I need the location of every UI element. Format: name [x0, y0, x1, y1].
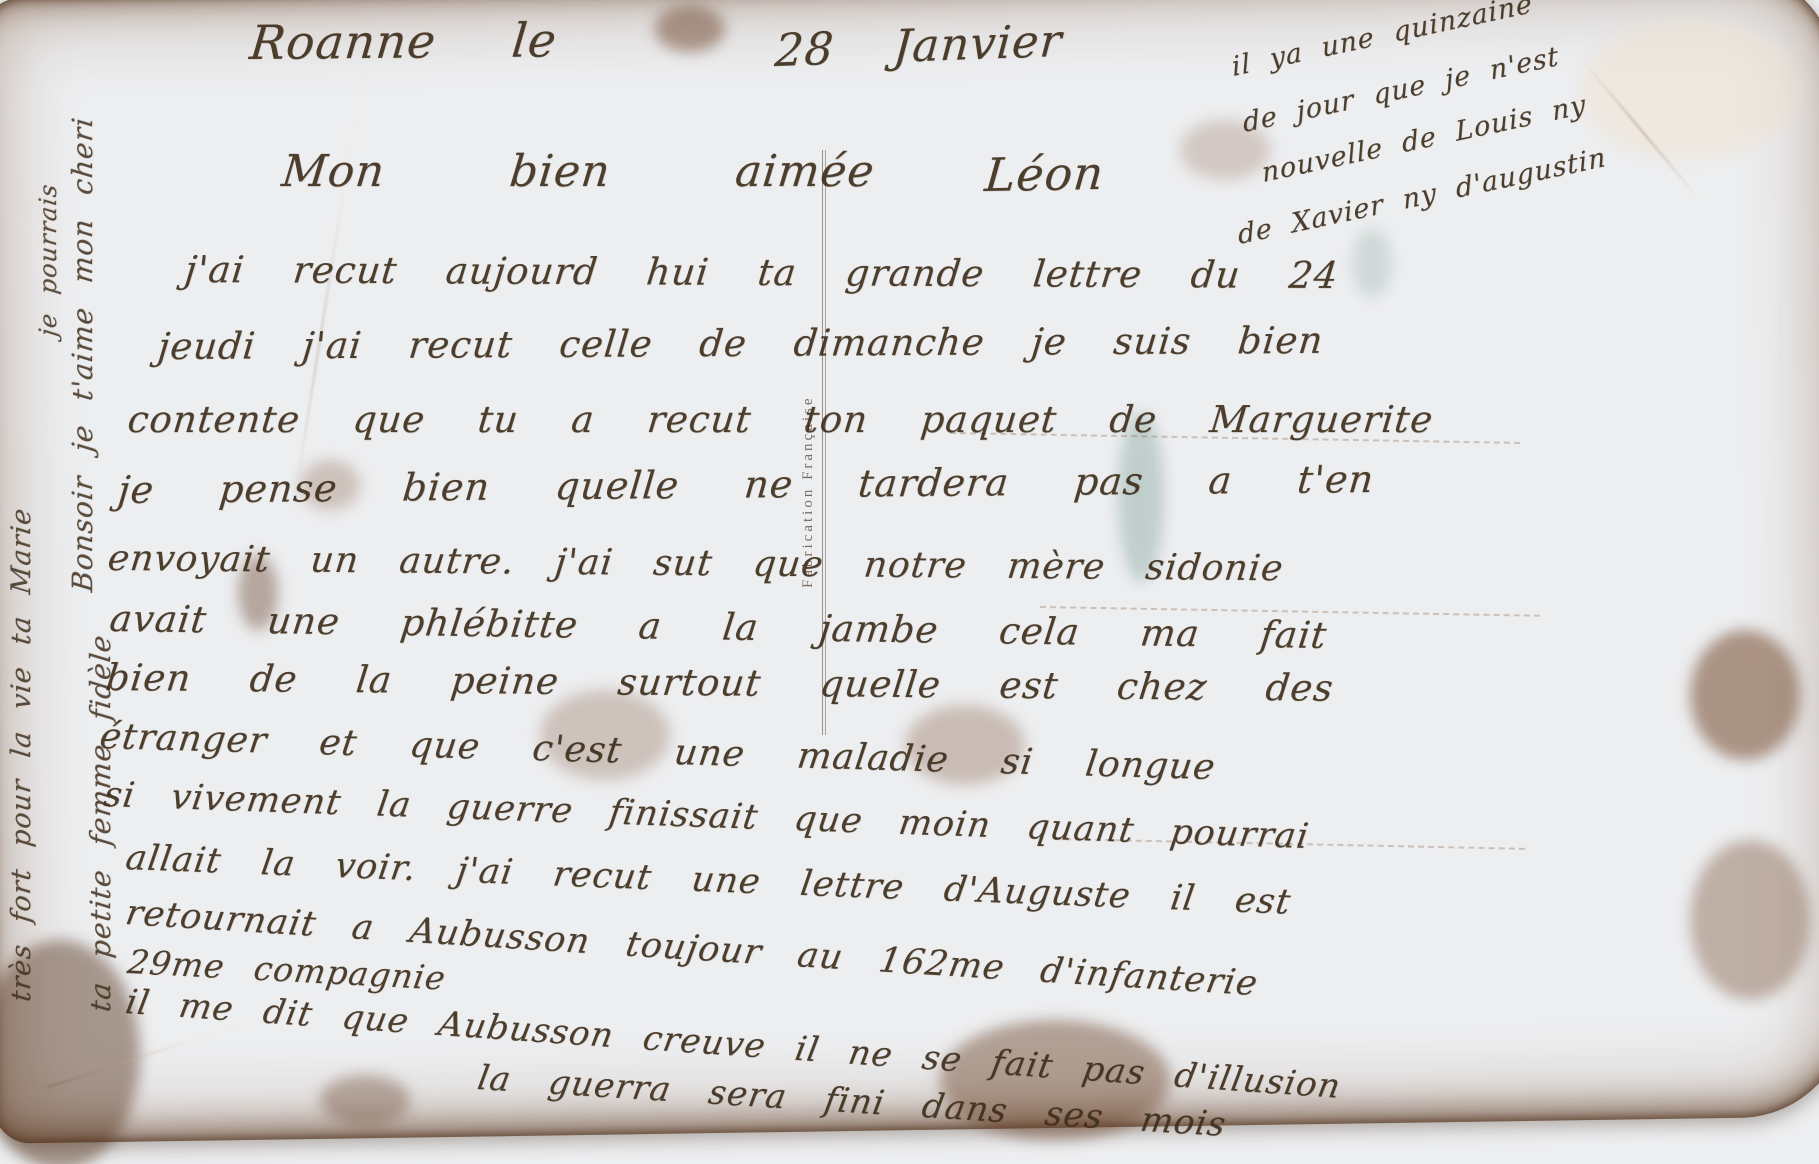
- handwritten-letter: Roanne le 28 Janvier il ya une quinzaine…: [0, 0, 1819, 1164]
- margin-note-line: Bonsoir je t'aime mon cheri: [66, 115, 99, 593]
- body-line: jeudi j'ai recut celle de dimanche je su…: [156, 319, 1326, 368]
- dateline-date: 28 Janvier: [773, 14, 1064, 77]
- body-line: j'ai recut aujourd hui ta grande lettre …: [183, 248, 1341, 297]
- dateline-place: Roanne le: [247, 13, 559, 71]
- margin-note-line: très fort pour la vie ta Marie: [6, 506, 37, 1003]
- scanned-photo: Fabrication Française Roanne le 28 Janvi…: [0, 0, 1819, 1164]
- salutation: Mon bien aimée: [279, 146, 877, 197]
- body-line: étranger et que c'est une maladie si lon…: [97, 716, 1218, 788]
- body-line: je pense bien quelle ne tardera pas a t'…: [116, 457, 1376, 512]
- body-line: contente que tu a recut ton paquet de Ma…: [126, 398, 1436, 441]
- margin-note-line: je pourrais: [34, 182, 62, 338]
- salutation-name: Léon: [983, 146, 1107, 202]
- body-line: avait une phlébitte a la jambe cela ma f…: [107, 597, 1329, 657]
- margin-note-line: ta petite femme fidèle: [84, 633, 117, 1014]
- body-line: bien de la peine surtout quelle est chez…: [104, 656, 1336, 710]
- body-line: envoyait un autre. j'ai sut que notre mè…: [106, 538, 1286, 589]
